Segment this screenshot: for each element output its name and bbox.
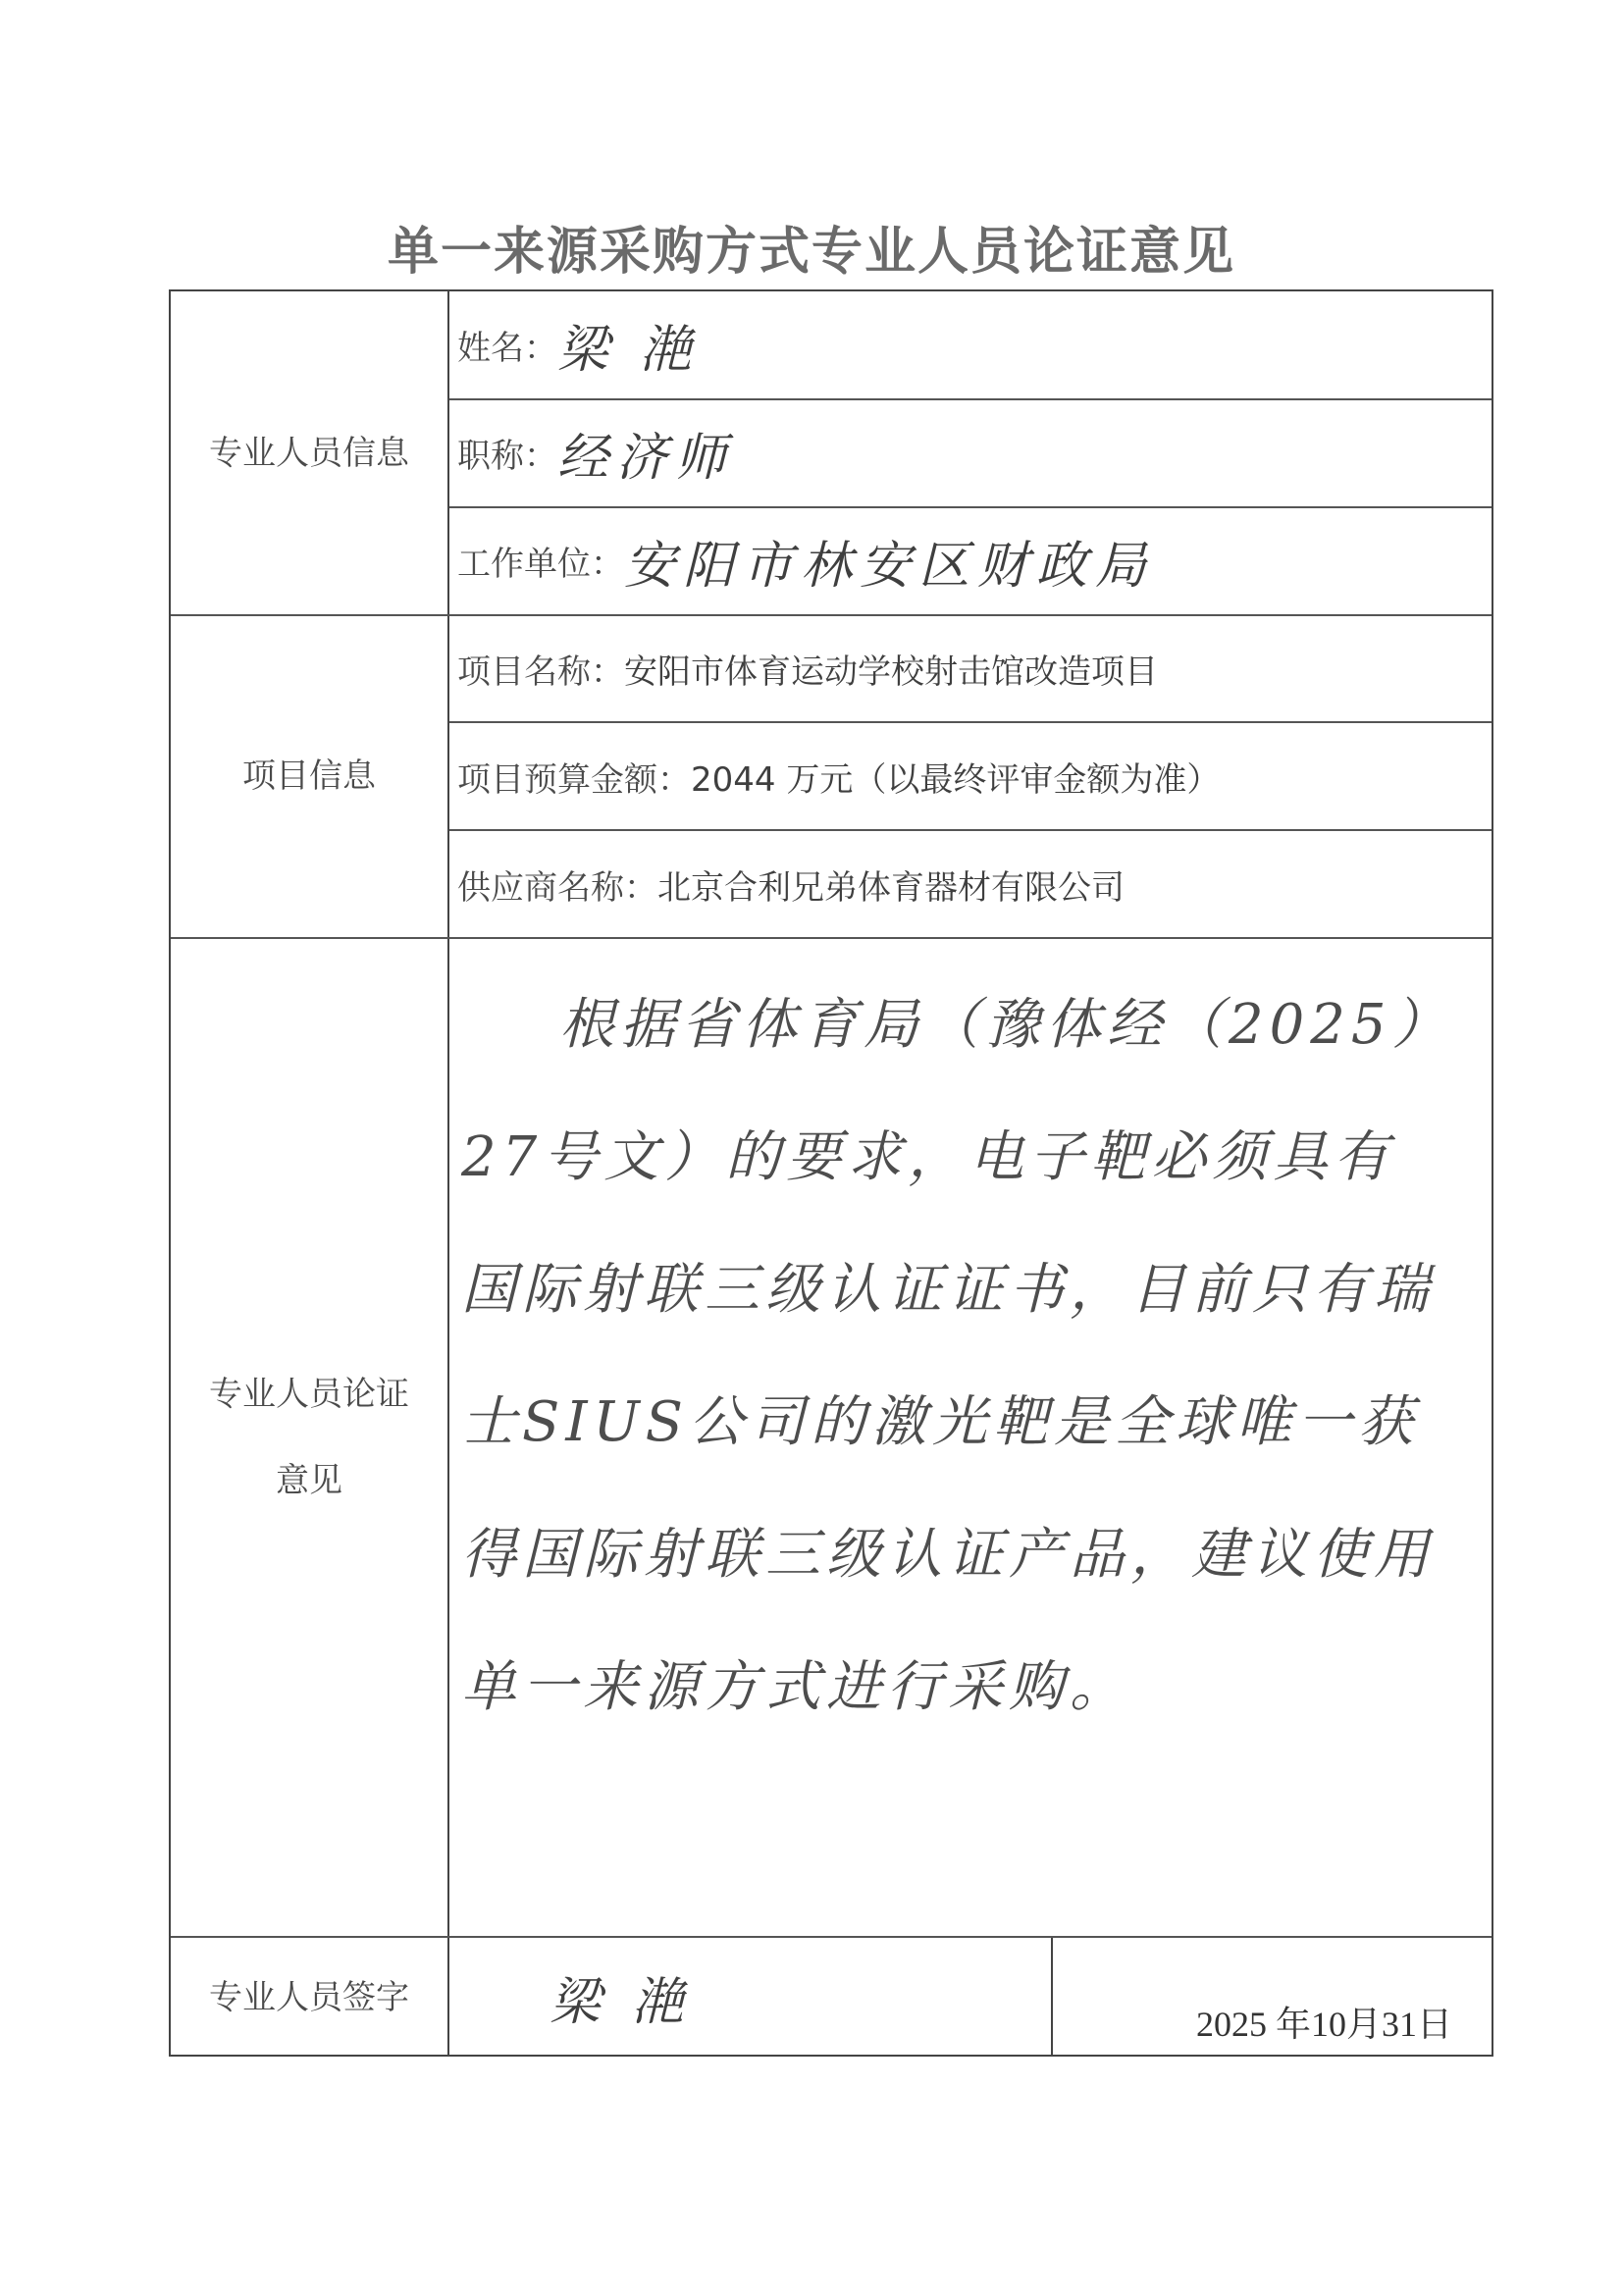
supplier-name-label: 供应商名称： xyxy=(457,861,657,909)
workplace-label: 工作单位： xyxy=(457,537,624,585)
date-column-divider xyxy=(1051,1938,1053,2057)
signature-column-divider xyxy=(447,1938,449,2057)
project-info-label: 项目信息 xyxy=(171,615,447,937)
name-label: 姓名： xyxy=(457,321,557,369)
column-divider xyxy=(447,291,449,1938)
project-name-field: 项目名称： 安阳市体育运动学校射击馆改造项目 xyxy=(451,615,1492,721)
signature-date: 2025 年10月31日 xyxy=(1196,1997,1452,2047)
title-label: 职称： xyxy=(457,429,557,477)
workplace-field: 工作单位： 安阳市林安区财政局 xyxy=(451,507,1492,614)
project-name-label: 项目名称： xyxy=(457,645,624,693)
title-value: 经济师 xyxy=(557,416,734,490)
opinion-label: 专业人员论证 意见 xyxy=(171,939,447,1936)
supplier-name-value: 北京合利兄弟体育器材有限公司 xyxy=(657,861,1125,909)
signature-value: 梁 滟 xyxy=(550,1960,692,2034)
opinion-text: 根据省体育局（豫体经（2025）27号文）的要求，电子靶必须具有国际射联三级认证… xyxy=(451,939,1492,1753)
project-name-value: 安阳市体育运动学校射击馆改造项目 xyxy=(624,645,1158,693)
signature-field: 梁 滟 xyxy=(451,1938,1047,2057)
name-field: 姓名： 梁 滟 xyxy=(451,291,1492,398)
project-budget-label: 项目预算金额： xyxy=(457,753,691,801)
document-title: 单一来源采购方式专业人员论证意见 xyxy=(0,210,1623,284)
title-field: 职称： 经济师 xyxy=(451,399,1492,506)
project-budget-value: 2044 万元（以最终评审金额为准） xyxy=(691,753,1220,801)
personnel-info-label: 专业人员信息 xyxy=(171,291,447,614)
supplier-name-field: 供应商名称： 北京合利兄弟体育器材有限公司 xyxy=(451,831,1492,937)
name-value: 梁 滟 xyxy=(557,308,700,382)
argumentation-form: 专业人员信息 姓名： 梁 滟 职称： 经济师 工作单位： 安阳市林安区财政局 项… xyxy=(169,289,1493,2057)
project-budget-field: 项目预算金额： 2044 万元（以最终评审金额为准） xyxy=(451,723,1492,829)
workplace-value: 安阳市林安区财政局 xyxy=(624,524,1154,598)
signature-label: 专业人员签字 xyxy=(171,1938,447,2057)
